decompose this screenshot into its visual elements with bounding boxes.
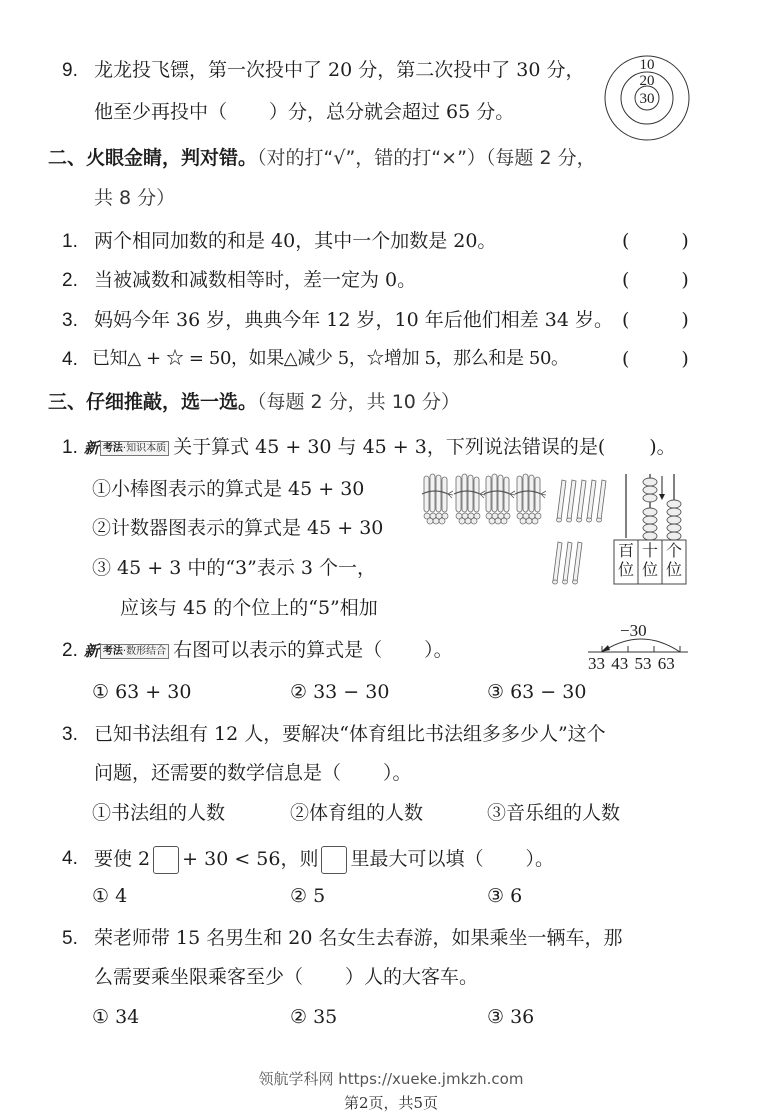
tf-answer-4[interactable]: ()	[622, 347, 689, 371]
abacus-label-tens: 十位	[638, 541, 662, 579]
ring-label-20: 20	[640, 73, 655, 89]
q3-option-1: ①书法组的人数	[92, 801, 225, 825]
tf-answer-1[interactable]: ()	[622, 229, 689, 253]
stick-bundles-figure	[418, 472, 608, 587]
q5-line2: 么需要乘坐限乘客至少（）人的大客车。	[94, 965, 478, 989]
section3-heading: 三、仔细推敲，选一选。（每题 2 分，共 10 分）	[48, 390, 460, 414]
q3-line1: 3. 已知书法组有 12 人，要解决“体育组比书法组多多少人”这个	[62, 722, 78, 747]
ring-label-30: 30	[640, 91, 655, 107]
new-exam-tag: 新考法·知识本质	[84, 440, 169, 456]
abacus-label-hundreds: 百位	[614, 541, 638, 579]
abacus-labels: 百位 十位 个位	[614, 541, 686, 579]
q1-stem: 1. 新考法·知识本质关于算式 45 + 30 与 45 + 3，下列说法错误的…	[62, 435, 676, 460]
q2-stem: 2. 新考法·数形结合右图可以表示的算式是（）。	[62, 638, 453, 663]
ring-label-10: 10	[640, 57, 655, 73]
footer-source: 领航学科网 https://xueke.jmkzh.com	[0, 1068, 782, 1089]
section2-instruction-cont: 共 8 分）	[94, 186, 175, 210]
tf-answer-3[interactable]: ()	[622, 308, 689, 332]
number-line-jump-label: −30	[620, 621, 647, 641]
q5-option-3: ③ 36	[487, 1005, 534, 1029]
tf-item-2: 2. 当被减数和减数相等时，差一定为 0。 ()	[62, 268, 702, 293]
section2-heading: 二、火眼金睛，判对错。（对的打“√”，错的打“×”）（每题 2 分，	[48, 146, 596, 170]
dartboard-figure: 10 20 30	[602, 54, 692, 144]
q3-option-3: ③音乐组的人数	[487, 801, 620, 825]
q2-option-1: ① 63 + 30	[92, 680, 191, 704]
tf-item-4: 4. 已知△ + ☆ = 50，如果△减少 5，☆增加 5，那么和是 50。 (…	[62, 347, 702, 372]
q9-number: 9.	[62, 58, 78, 83]
tf-item-3: 3. 妈妈今年 36 岁，典典今年 12 岁，10 年后他们相差 34 岁。 (…	[62, 308, 702, 333]
q5-option-2: ② 35	[290, 1005, 337, 1029]
new-exam-tag: 新考法·数形结合	[84, 643, 169, 659]
q1-option-3: ③ 45 + 3 中的“3”表示 3 个一，	[92, 556, 376, 580]
footer-page-number: 第2页，共5页	[0, 1092, 782, 1113]
q3-option-2: ②体育组的人数	[290, 801, 423, 825]
q1-option-3-cont: 应该与 45 的个位上的“5”相加	[120, 596, 378, 620]
q3-line2: 问题，还需要的数学信息是（）。	[94, 761, 412, 785]
q1-option-2: ②计数器图表示的算式是 45 + 30	[92, 516, 383, 540]
q5-option-1: ① 34	[92, 1005, 139, 1029]
q1-option-1: ①小棒图表示的算式是 45 + 30	[92, 477, 364, 501]
q4-option-1: ① 4	[92, 884, 127, 908]
q2-option-2: ② 33 − 30	[290, 680, 389, 704]
q4-option-2: ② 5	[290, 884, 325, 908]
q9-line2: 他至少再投中（）分，总分就会超过 65 分。	[94, 100, 514, 124]
q4-stem: 4. 要使 2+ 30 < 56，则里最大可以填（）。	[62, 846, 78, 871]
tf-item-1: 1. 两个相同加数的和是 40，其中一个加数是 20。 ()	[62, 229, 702, 254]
number-line-ticks: 33 43 53 63	[588, 654, 675, 674]
digit-box-2[interactable]	[321, 846, 347, 874]
q5-line1: 5. 荣老师带 15 名男生和 20 名女生去春游，如果乘坐一辆车，那	[62, 926, 78, 951]
abacus-label-ones: 个位	[662, 541, 686, 579]
q2-option-3: ③ 63 − 30	[487, 680, 586, 704]
q9-line1: 龙龙投飞镖，第一次投中了 20 分，第二次投中了 30 分，	[94, 58, 585, 82]
digit-box-1[interactable]	[153, 846, 179, 874]
tf-answer-2[interactable]: ()	[622, 268, 689, 292]
q4-option-3: ③ 6	[487, 884, 522, 908]
